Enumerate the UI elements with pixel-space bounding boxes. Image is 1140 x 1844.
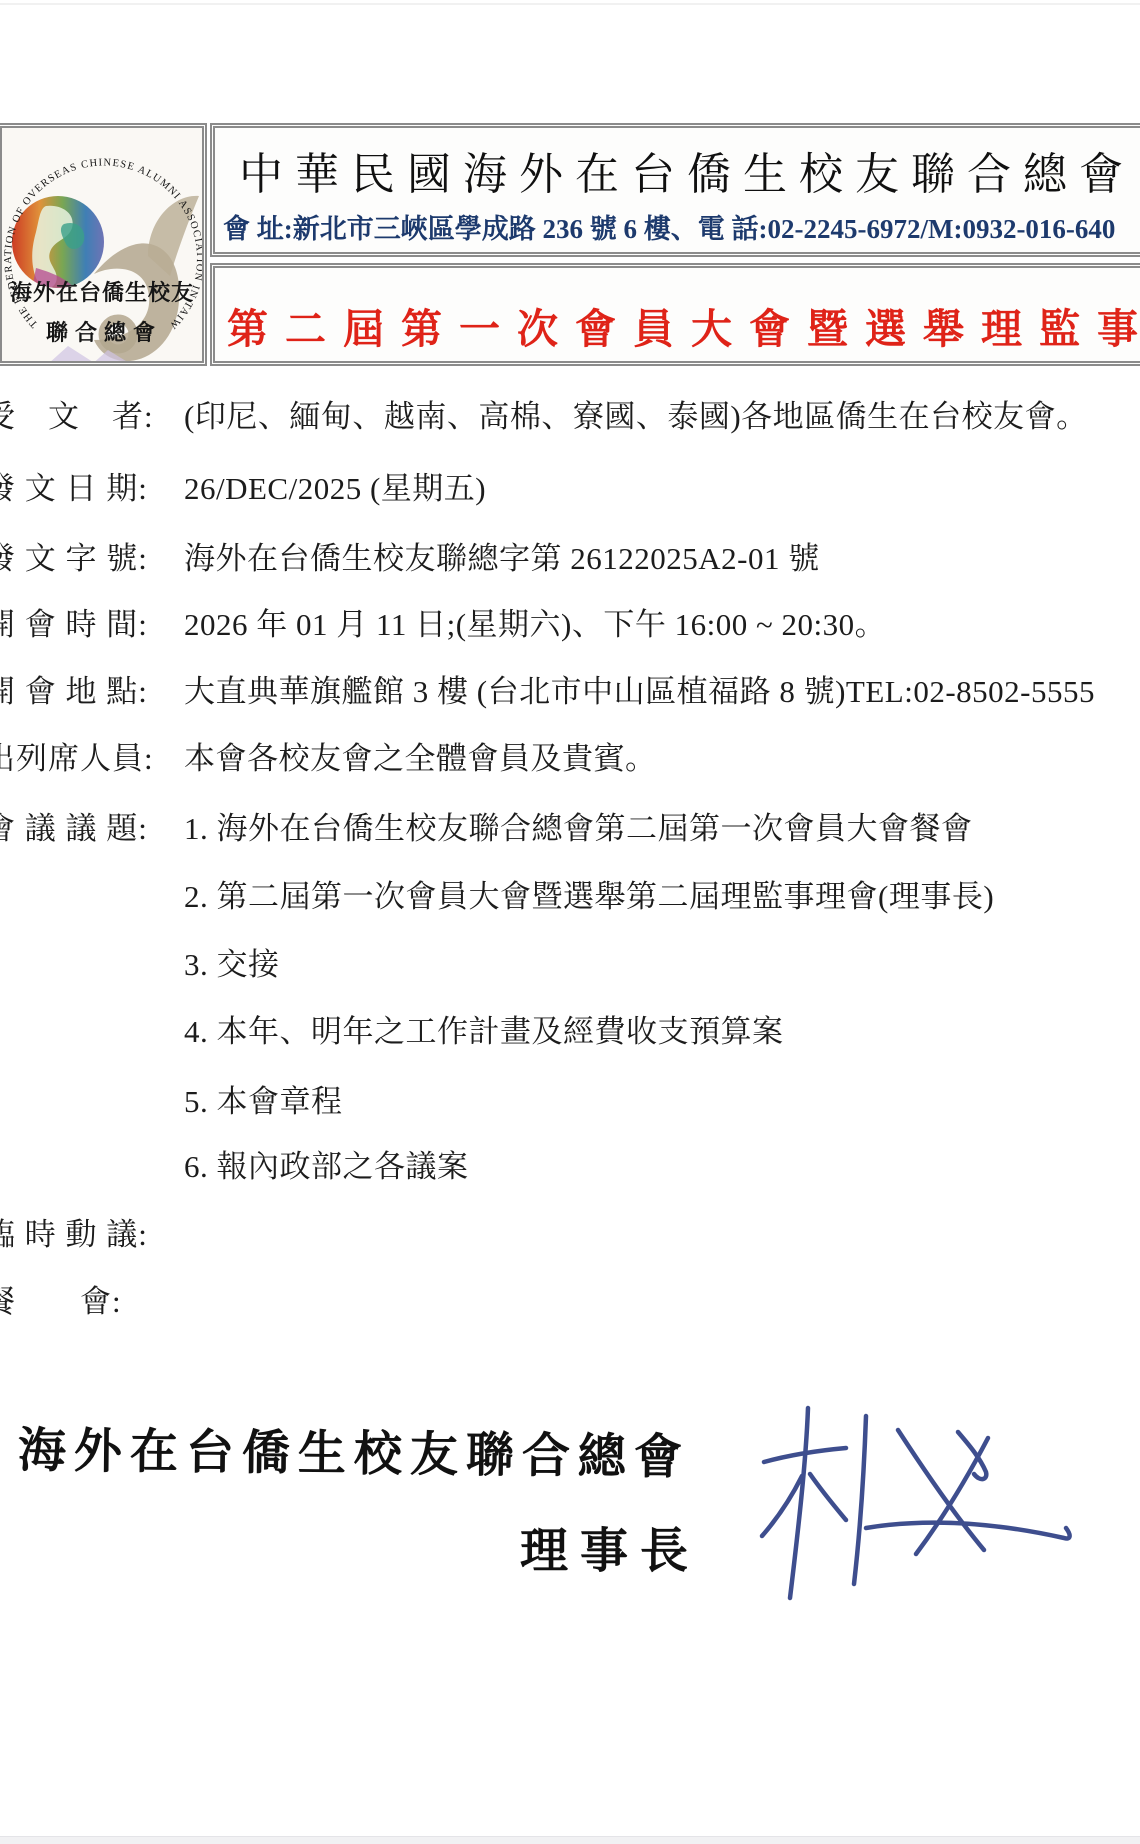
seal-cn-line1: 海外在台僑生校友 — [10, 280, 194, 305]
meeting-banner-box: 第二屆第一次會員大會暨選舉理監事會 — [210, 263, 1140, 366]
field-value: 海外在台僑生校友聯總字第 26122025A2-01 號 — [184, 541, 820, 576]
field-label: 會 議 議 題: — [0, 810, 184, 847]
association-seal-logo: THE FEDERATION OF OVERSEAS CHINESE ALUMN… — [0, 123, 207, 366]
field-row-agenda: 會 議 議 題:1. 海外在台僑生校友聯合總會第二屆第一次會員大會餐會 — [0, 810, 973, 847]
field-value: (印尼、緬甸、越南、高棉、寮國、泰國)各地區僑生在台校友會。 — [184, 399, 1088, 434]
field-label: 發 文 日 期: — [0, 470, 184, 507]
meeting-banner-text: 第二屆第一次會員大會暨選舉理監事會 — [227, 296, 1140, 355]
field-row-recipient: 受 文 者:(印尼、緬甸、越南、高棉、寮國、泰國)各地區僑生在台校友會。 — [0, 398, 1088, 435]
agenda-item: 1. 海外在台僑生校友聯合總會第二屆第一次會員大會餐會 — [184, 811, 973, 846]
seal-cn-line2: 聯合總會 — [46, 320, 162, 345]
field-row-extempore-motion: 臨 時 動 議: — [0, 1216, 184, 1253]
field-label: 餐 會: — [0, 1283, 184, 1320]
field-row-ref-number: 發 文 字 號:海外在台僑生校友聯總字第 26122025A2-01 號 — [0, 540, 820, 577]
field-value: 本會各校友會之全體會員及貴賓。 — [184, 741, 657, 776]
field-value: 26/DEC/2025 (星期五) — [184, 471, 486, 506]
field-row-meeting-time: 開 會 時 間:2026 年 01 月 11 日;(星期六)、下午 16:00 … — [0, 606, 886, 643]
agenda-item: 3. 交接 — [184, 946, 280, 983]
agenda-item: 6. 報內政部之各議案 — [184, 1148, 469, 1185]
signature-handwriting — [748, 1402, 1083, 1607]
field-label: 臨 時 動 議: — [0, 1216, 184, 1253]
organization-title: 中華民國海外在台僑生校友聯合總會 — [239, 138, 1140, 202]
field-row-banquet: 餐 會: — [0, 1283, 184, 1320]
field-value: 大直典華旗艦館 3 樓 (台北市中山區植福路 8 號)TEL:02-8502-5… — [184, 674, 1095, 709]
seal-logo-graphic: THE FEDERATION OF OVERSEAS CHINESE ALUMN… — [2, 128, 202, 361]
address-phone-line: 會 址:新北市三峽區學成路 236 號 6 樓、電 話:02-2245-6972… — [223, 207, 1140, 246]
field-value: 2026 年 01 月 11 日;(星期六)、下午 16:00 ~ 20:30。 — [184, 607, 886, 642]
field-row-attendees: 出列席人員:本會各校友會之全體會員及貴賓。 — [0, 740, 657, 777]
agenda-item: 4. 本年、明年之工作計畫及經費收支預算案 — [184, 1013, 784, 1050]
field-label: 發 文 字 號: — [0, 540, 184, 577]
field-label: 受 文 者: — [0, 398, 184, 435]
header-title-box: 中華民國海外在台僑生校友聯合總會 會 址:新北市三峽區學成路 236 號 6 樓… — [210, 123, 1140, 257]
field-row-issue-date: 發 文 日 期:26/DEC/2025 (星期五) — [0, 470, 486, 507]
agenda-item: 2. 第二屆第一次會員大會暨選舉第二屆理監事理會(理事長) — [184, 878, 994, 915]
document-page: THE FEDERATION OF OVERSEAS CHINESE ALUMN… — [0, 0, 1140, 1844]
footer-organization-name: 海外在台僑生校友聯合總會 — [18, 1411, 691, 1487]
top-hairline — [0, 3, 1140, 5]
field-label: 開 會 地 點: — [0, 673, 184, 710]
agenda-item: 5. 本會章程 — [184, 1083, 343, 1120]
field-row-meeting-place: 開 會 地 點:大直典華旗艦館 3 樓 (台北市中山區植福路 8 號)TEL:0… — [0, 673, 1095, 710]
footer-chairman-title: 理事長 — [520, 1512, 700, 1581]
bottom-bar — [0, 1836, 1140, 1844]
field-label: 開 會 時 間: — [0, 606, 184, 643]
field-label: 出列席人員: — [0, 740, 184, 777]
